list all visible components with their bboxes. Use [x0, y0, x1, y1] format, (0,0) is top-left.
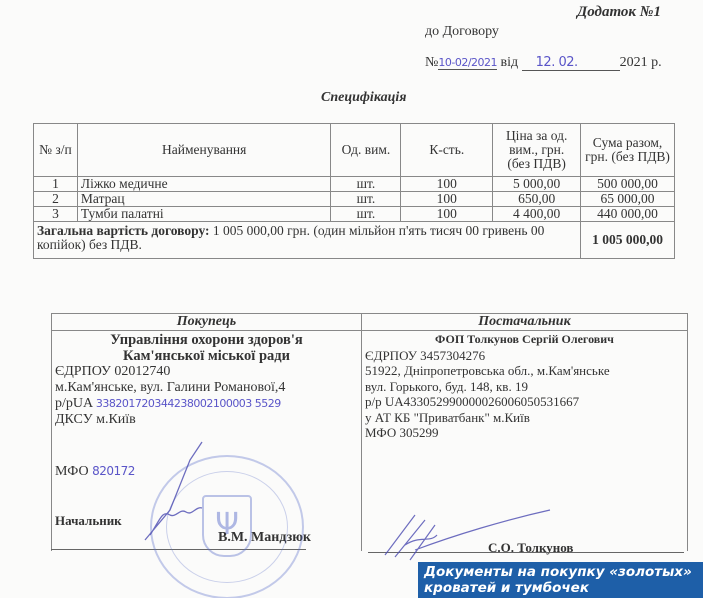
- header-price: Ціна за од. вим., грн. (без ПДВ): [493, 124, 581, 177]
- to-contract-label: до Договору: [425, 24, 499, 40]
- row-name: Ліжко медичне: [77, 177, 331, 192]
- specification-table: № з/п Найменування Од. вим. К-сть. Ціна …: [33, 123, 675, 259]
- buyer-bank: ДКСУ м.Київ: [55, 412, 358, 428]
- row-qty: 100: [401, 207, 493, 222]
- row-sum: 440 000,00: [581, 207, 675, 222]
- contract-year: 2021 р.: [620, 55, 662, 70]
- buyer-edrpou: ЄДРПОУ 02012740: [55, 364, 358, 380]
- supplier-address1: 51922, Дніпропетровська обл., м.Кам'янсь…: [365, 363, 684, 379]
- news-caption: Документы на покупку «золотых» кроватей …: [418, 562, 703, 598]
- buyer-mfo-label: МФО: [55, 464, 89, 479]
- supplier-signature-scribble-icon: [375, 505, 555, 565]
- total-description: Загальна вартість договору: 1 005 000,00…: [34, 222, 581, 259]
- addendum-title: Додаток №1: [577, 4, 661, 21]
- row-name: Матрац: [77, 192, 331, 207]
- supplier-edrpou: ЄДРПОУ 3457304276: [365, 348, 684, 364]
- buyer-account-handwritten: 338201720344238002100003 5529: [96, 397, 281, 410]
- contract-number-line: №10-02/2021 від 12. 02.2021 р.: [425, 55, 662, 71]
- table-row: 1 Ліжко медичне шт. 100 5 000,00 500 000…: [34, 177, 675, 192]
- row-num: 1: [34, 177, 78, 192]
- row-unit: шт.: [331, 192, 401, 207]
- row-name: Тумби палатні: [77, 207, 331, 222]
- header-name: Найменування: [77, 124, 331, 177]
- contract-date: 12. 02.: [522, 55, 620, 71]
- buyer-name-line2: Кам'янської міської ради: [55, 348, 358, 364]
- buyer-name-line1: Управління охорони здоров'я: [55, 332, 358, 348]
- row-price: 4 400,00: [493, 207, 581, 222]
- page-title: Специфікація: [321, 90, 406, 106]
- header-sum: Сума разом, грн. (без ПДВ): [581, 124, 675, 177]
- table-header-row: № з/п Найменування Од. вим. К-сть. Ціна …: [34, 124, 675, 177]
- contract-prefix: №: [425, 55, 438, 70]
- table-row: 2 Матрац шт. 100 650,00 65 000,00: [34, 192, 675, 207]
- supplier-account: р/р UA433052990000026006050531667: [365, 394, 684, 410]
- buyer-address: м.Кам'янське, вул. Галини Романової,4: [55, 380, 358, 396]
- header-qty: К-сть.: [401, 124, 493, 177]
- supplier-mfo: МФО 305299: [365, 425, 684, 441]
- contract-number: 10-02/2021: [438, 56, 497, 70]
- row-sum: 65 000,00: [581, 192, 675, 207]
- table-row: 3 Тумби палатні шт. 100 4 400,00 440 000…: [34, 207, 675, 222]
- row-unit: шт.: [331, 207, 401, 222]
- buyer-account-line: р/рUA 338201720344238002100003 5529: [55, 396, 358, 412]
- supplier-heading: Постачальник: [362, 314, 687, 331]
- row-num: 3: [34, 207, 78, 222]
- buyer-signature-scribble-icon: [110, 440, 230, 550]
- row-qty: 100: [401, 192, 493, 207]
- row-price: 5 000,00: [493, 177, 581, 192]
- caption-line1: Документы на покупку «золотых»: [424, 564, 703, 580]
- supplier-details: ФОП Толкунов Сергій Олегович ЄДРПОУ 3457…: [362, 331, 687, 442]
- total-label: Загальна вартість договору:: [37, 223, 210, 238]
- supplier-name: ФОП Толкунов Сергій Олегович: [365, 332, 684, 348]
- date-word: від: [501, 55, 519, 70]
- buyer-heading: Покупець: [52, 314, 361, 331]
- header-num: № з/п: [34, 124, 78, 177]
- total-row: Загальна вартість договору: 1 005 000,00…: [34, 222, 675, 259]
- total-sum: 1 005 000,00: [581, 222, 675, 259]
- row-unit: шт.: [331, 177, 401, 192]
- row-qty: 100: [401, 177, 493, 192]
- supplier-bank: у АТ КБ "Приватбанк" м.Київ: [365, 410, 684, 426]
- row-num: 2: [34, 192, 78, 207]
- buyer-account-label: р/рUA: [55, 396, 92, 411]
- row-sum: 500 000,00: [581, 177, 675, 192]
- supplier-address2: вул. Горького, буд. 148, кв. 19: [365, 379, 684, 395]
- row-price: 650,00: [493, 192, 581, 207]
- caption-line2: кроватей и тумбочек: [424, 580, 703, 596]
- header-unit: Од. вим.: [331, 124, 401, 177]
